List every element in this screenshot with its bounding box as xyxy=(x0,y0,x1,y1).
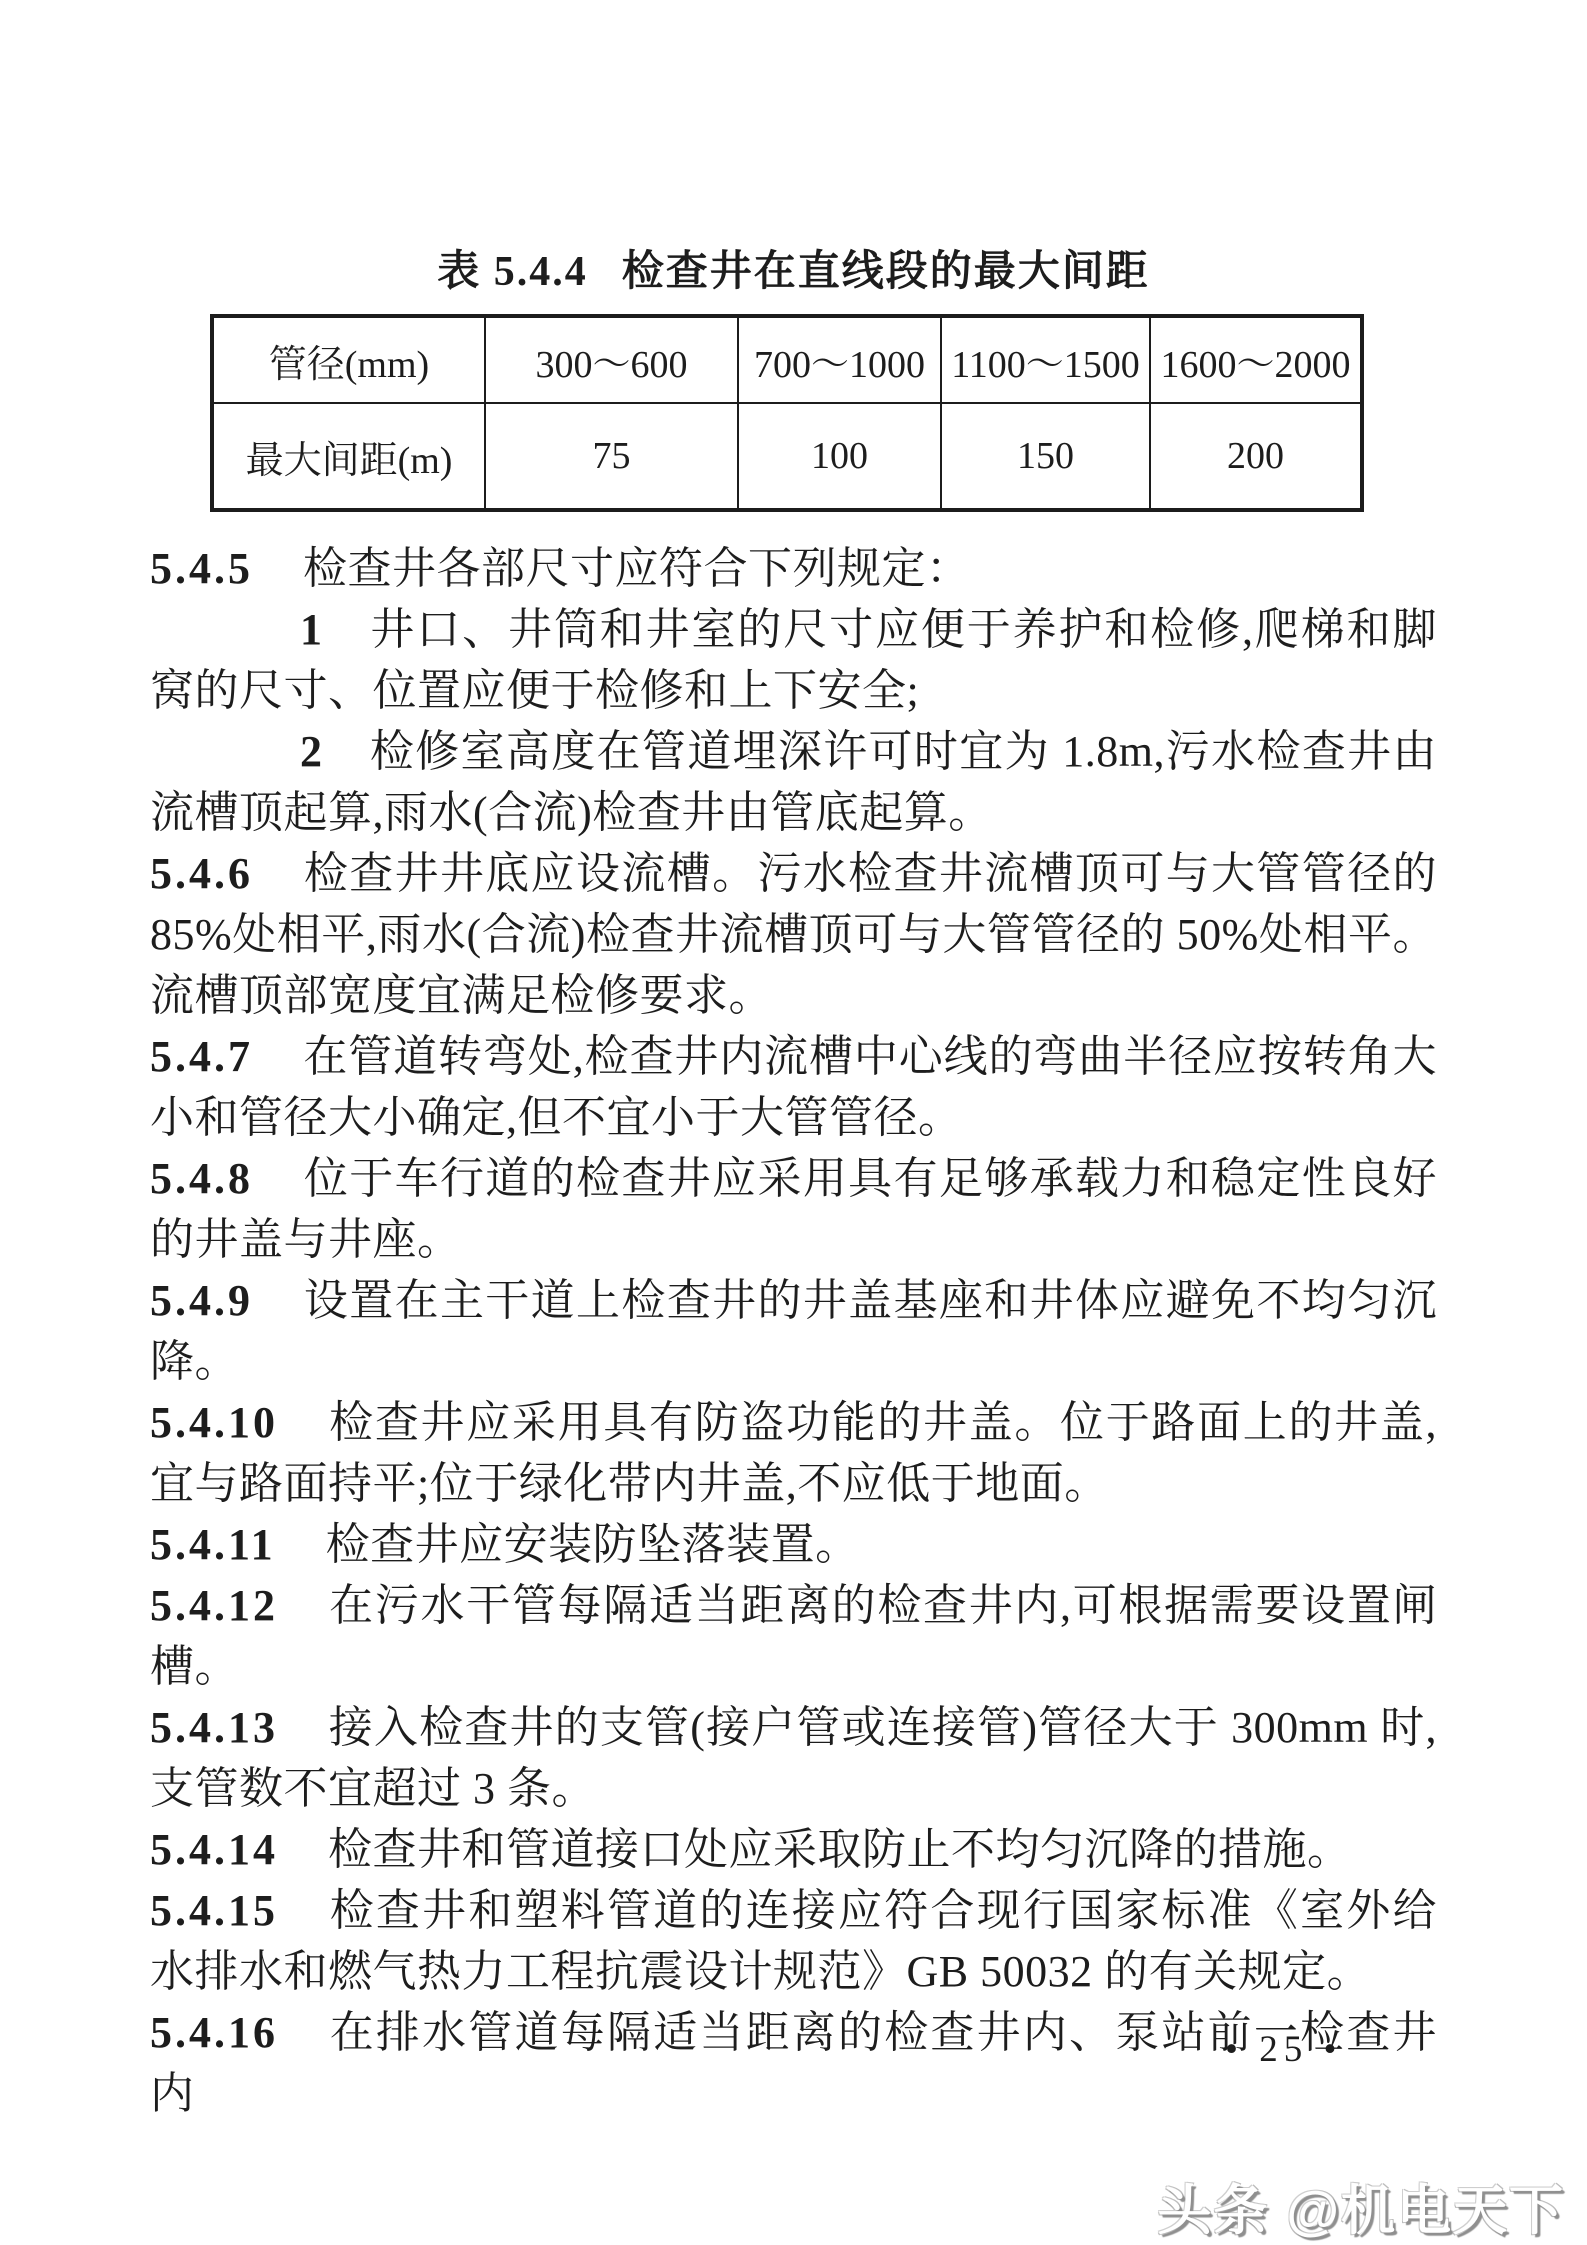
clause-5-4-6: 5.4.6检查井井底应设流槽。污水检查井流槽顶可与大管管径的 85%处相平,雨水… xyxy=(150,843,1437,1026)
clause-text: 井口、井筒和井室的尺寸应便于养护和检修,爬梯和脚窝的尺寸、位置应便于检修和上下安… xyxy=(150,605,1437,715)
clause-number: 5.4.10 xyxy=(150,1398,278,1447)
table-cell: 100 xyxy=(738,403,941,510)
clause-text: 设置在主干道上检查井的井盖基座和井体应避免不均匀沉降。 xyxy=(150,1276,1437,1386)
table-caption: 表 5.4.4检查井在直线段的最大间距 xyxy=(150,238,1437,298)
clause-5-4-12: 5.4.12在污水干管每隔适当距离的检查井内,可根据需要设置闸槽。 xyxy=(150,1575,1437,1697)
table-cell: 管径(mm) xyxy=(212,316,485,403)
clause-list: 5.4.5检查井各部尺寸应符合下列规定： 1井口、井筒和井室的尺寸应便于养护和检… xyxy=(150,538,1437,2124)
clause-text: 检查井各部尺寸应符合下列规定： xyxy=(303,544,971,593)
table-cell: 最大间距(m) xyxy=(212,403,485,510)
clause-number: 5.4.5 xyxy=(150,544,253,593)
clause-number: 5.4.16 xyxy=(150,2008,278,2057)
clause-number: 5.4.8 xyxy=(150,1154,253,1203)
clause-text: 检查井应采用具有防盗功能的井盖。位于路面上的井盖,宜与路面持平;位于绿化带内井盖… xyxy=(150,1398,1437,1508)
table-caption-title: 检查井在直线段的最大间距 xyxy=(622,249,1150,295)
clause-5-4-13: 5.4.13接入检查井的支管(接户管或连接管)管径大于 300mm 时,支管数不… xyxy=(150,1697,1437,1819)
clause-text: 位于车行道的检查井应采用具有足够承载力和稳定性良好的井盖与井座。 xyxy=(150,1154,1437,1264)
clause-number: 5.4.11 xyxy=(150,1520,276,1569)
clause-text: 检查井和塑料管道的连接应符合现行国家标准《室外给水排水和燃气热力工程抗震设计规范… xyxy=(150,1886,1437,1996)
table-cell: 700～1000 xyxy=(738,316,941,403)
clause-text: 在管道转弯处,检查井内流槽中心线的弯曲半径应按转角大小和管径大小确定,但不宜小于… xyxy=(150,1032,1437,1142)
clause-5-4-5-item-1: 1井口、井筒和井室的尺寸应便于养护和检修,爬梯和脚窝的尺寸、位置应便于检修和上下… xyxy=(150,599,1437,721)
table-cell: 300～600 xyxy=(485,316,738,403)
table-caption-label: 表 5.4.4 xyxy=(437,249,588,295)
document-page: 表 5.4.4检查井在直线段的最大间距 管径(mm) 300～600 700～1… xyxy=(0,0,1587,2245)
item-number: 2 xyxy=(300,727,325,776)
page-content: 表 5.4.4检查井在直线段的最大间距 管径(mm) 300～600 700～1… xyxy=(150,0,1437,2124)
clause-5-4-11: 5.4.11检查井应安装防坠落装置。 xyxy=(150,1514,1437,1575)
table-data-row: 最大间距(m) 75 100 150 200 xyxy=(212,403,1362,510)
table-cell: 150 xyxy=(941,403,1150,510)
clause-5-4-10: 5.4.10检查井应采用具有防盗功能的井盖。位于路面上的井盖,宜与路面持平;位于… xyxy=(150,1392,1437,1514)
clause-number: 5.4.15 xyxy=(150,1886,278,1935)
clause-text: 检查井井底应设流槽。污水检查井流槽顶可与大管管径的 85%处相平,雨水(合流)检… xyxy=(150,849,1437,1020)
clause-text: 检查井应安装防坠落装置。 xyxy=(326,1520,860,1569)
table-header-row: 管径(mm) 300～600 700～1000 1100～1500 1600～2… xyxy=(212,316,1362,403)
clause-5-4-9: 5.4.9设置在主干道上检查井的井盖基座和井体应避免不均匀沉降。 xyxy=(150,1270,1437,1392)
clause-number: 5.4.9 xyxy=(150,1276,253,1325)
clause-text: 检查井和管道接口处应采取防止不均匀沉降的措施。 xyxy=(328,1825,1352,1874)
table-cell: 1100～1500 xyxy=(941,316,1150,403)
clause-5-4-14: 5.4.14检查井和管道接口处应采取防止不均匀沉降的措施。 xyxy=(150,1819,1437,1880)
page-number: • 25 • xyxy=(1225,2028,1342,2071)
clause-5-4-15: 5.4.15检查井和塑料管道的连接应符合现行国家标准《室外给水排水和燃气热力工程… xyxy=(150,1880,1437,2002)
clause-number: 5.4.7 xyxy=(150,1032,253,1081)
table-cell: 75 xyxy=(485,403,738,510)
clause-5-4-8: 5.4.8位于车行道的检查井应采用具有足够承载力和稳定性良好的井盖与井座。 xyxy=(150,1148,1437,1270)
table-cell: 1600～2000 xyxy=(1150,316,1362,403)
clause-5-4-5-item-2: 2检修室高度在管道埋深许可时宜为 1.8m,污水检查井由流槽顶起算,雨水(合流)… xyxy=(150,721,1437,843)
clause-text: 在污水干管每隔适当距离的检查井内,可根据需要设置闸槽。 xyxy=(150,1581,1437,1691)
clause-number: 5.4.14 xyxy=(150,1825,278,1874)
clause-text: 接入检查井的支管(接户管或连接管)管径大于 300mm 时,支管数不宜超过 3 … xyxy=(150,1703,1437,1813)
clause-number: 5.4.6 xyxy=(150,849,253,898)
clause-number: 5.4.13 xyxy=(150,1703,278,1752)
item-number: 1 xyxy=(300,605,325,654)
clause-5-4-5: 5.4.5检查井各部尺寸应符合下列规定： xyxy=(150,538,1437,599)
watermark-text: 头条 @机电天下 xyxy=(1157,2168,1565,2245)
clause-number: 5.4.12 xyxy=(150,1581,278,1630)
table-cell: 200 xyxy=(1150,403,1362,510)
table-5-4-4: 管径(mm) 300～600 700～1000 1100～1500 1600～2… xyxy=(210,314,1364,512)
clause-text: 检修室高度在管道埋深许可时宜为 1.8m,污水检查井由流槽顶起算,雨水(合流)检… xyxy=(150,727,1437,837)
clause-5-4-7: 5.4.7在管道转弯处,检查井内流槽中心线的弯曲半径应按转角大小和管径大小确定,… xyxy=(150,1026,1437,1148)
